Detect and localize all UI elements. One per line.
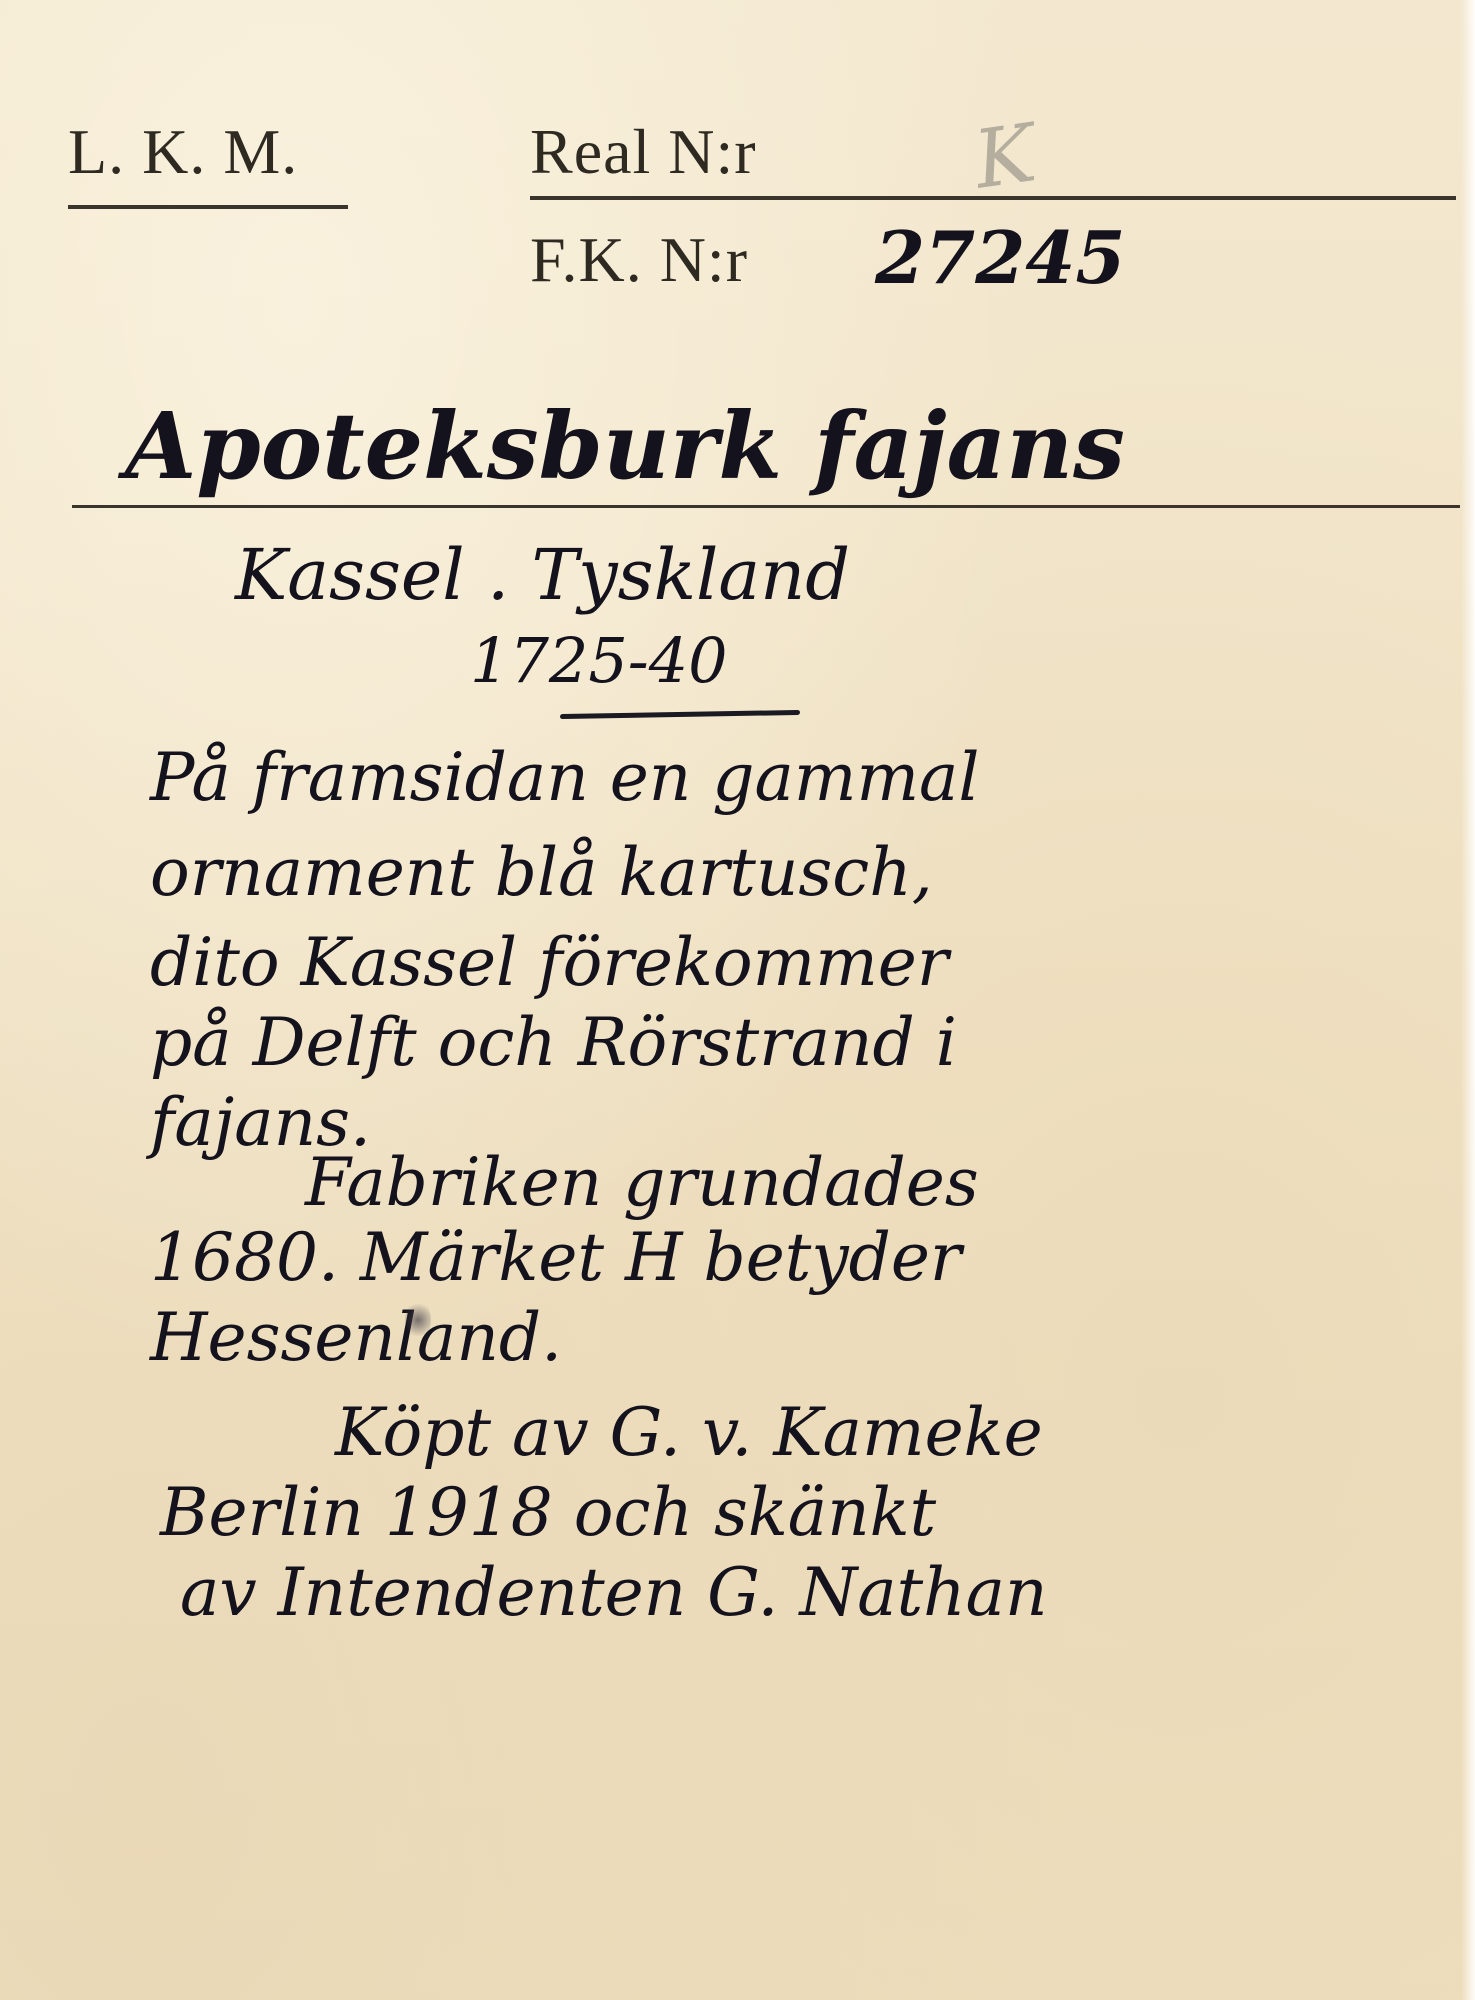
card-origin: Kassel . Tyskland	[235, 540, 850, 610]
title-rule	[72, 505, 1460, 508]
real-number-pencil-mark: K	[969, 106, 1041, 206]
real-number-rule	[530, 196, 1456, 200]
body-line: Berlin 1918 och skänkt	[160, 1480, 936, 1546]
body-line: Köpt av G. v. Kameke	[335, 1400, 1043, 1466]
body-line: dito Kassel förekommer	[150, 930, 948, 996]
institution-label: L. K. M.	[68, 120, 298, 184]
body-line: Fabriken grundades	[305, 1150, 979, 1216]
body-line: På framsidan en gammal	[150, 745, 980, 811]
institution-underline	[68, 205, 348, 209]
date-underline	[560, 710, 800, 719]
ink-blot	[405, 1300, 431, 1340]
body-line: på Delft och Rörstrand i	[150, 1010, 957, 1076]
body-line: av Intendenten G. Nathan	[180, 1560, 1047, 1626]
body-line: 1680. Märket H betyder	[150, 1225, 961, 1291]
card-title: Apoteksburk fajans	[125, 400, 1125, 492]
fk-number-value: 27245	[875, 222, 1126, 294]
body-line: ornament blå kartusch,	[150, 840, 933, 906]
card-date: 1725-40	[470, 630, 728, 692]
body-line: Hessenland.	[150, 1305, 562, 1371]
real-number-label: Real N:r	[530, 120, 757, 184]
fk-number-label: F.K. N:r	[530, 228, 748, 292]
catalog-card: L. K. M. Real N:r K F.K. N:r 27245 Apote…	[0, 0, 1475, 2000]
